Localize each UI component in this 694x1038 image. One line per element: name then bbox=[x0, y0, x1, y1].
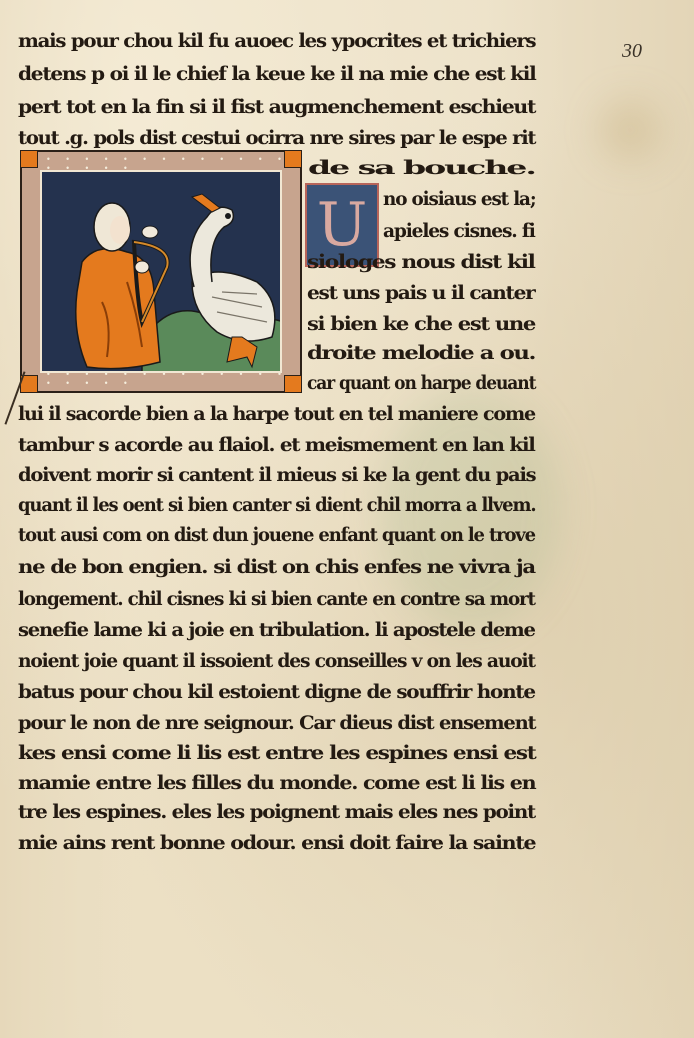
text-line: lui il sacorde bien a la harpe tout en t… bbox=[18, 403, 535, 425]
frame-corner-ornament bbox=[20, 150, 38, 168]
text-line: est uns pais u il canter bbox=[307, 282, 534, 304]
text-line: mamie entre les filles du monde. come es… bbox=[18, 772, 535, 794]
text-line: si bien ke che est une bbox=[307, 313, 535, 335]
text-line: doivent morir si cantent il mieus si ke … bbox=[18, 464, 535, 486]
text-line: droite melodie a ou. bbox=[307, 342, 535, 364]
text-line: longement. chil cisnes ki si bien cante … bbox=[18, 588, 535, 610]
folio-number: 30 bbox=[622, 40, 642, 63]
miniature-scene bbox=[40, 170, 282, 373]
text-line: no oisiaus est la; bbox=[383, 188, 535, 210]
text-line: tout .g. pols dist cestui ocirra nre sir… bbox=[18, 127, 535, 149]
text-line: tre les espines. eles les poignent mais … bbox=[18, 801, 535, 823]
text-line: detens p oi il le chief la keue ke il na… bbox=[18, 63, 536, 85]
text-line: senefie lame ki a joie en tribulation. l… bbox=[18, 619, 535, 641]
text-line: batus pour chou kil estoient digne de so… bbox=[18, 681, 535, 703]
text-line: noient joie quant il issoient des consei… bbox=[18, 650, 535, 672]
text-line: mais pour chou kil fu auoec les ypocrite… bbox=[18, 30, 535, 52]
text-line: apieles cisnes. fi bbox=[383, 220, 535, 242]
harpist-swan-illustration bbox=[42, 172, 282, 373]
text-line: pert tot en la fin si il fist augmenchem… bbox=[18, 96, 535, 118]
parchment-stain bbox=[600, 100, 660, 160]
text-line: ne de bon engien. si dist on chis enfes … bbox=[18, 556, 535, 578]
text-line: mie ains rent bonne odour. ensi doit fai… bbox=[18, 832, 535, 854]
text-line: quant il les oent si bien canter si dien… bbox=[18, 494, 535, 516]
text-line: tout ausi com on dist dun jouene enfant … bbox=[18, 524, 535, 546]
text-line: pour le non de nre seignour. Car dieus d… bbox=[18, 712, 535, 734]
text-line: car quant on harpe deuant bbox=[307, 372, 535, 394]
text-line: kes ensi come li lis est entre les espin… bbox=[18, 742, 535, 764]
text-line: de sa bouche. bbox=[308, 157, 535, 179]
miniature-harpist-and-swan: • • • • • • • • • • • • • • • • • • • • … bbox=[20, 150, 302, 393]
text-line: tambur s acorde au flaiol. et meismement… bbox=[18, 434, 535, 456]
text-line: siologes nous dist kil bbox=[307, 251, 535, 273]
